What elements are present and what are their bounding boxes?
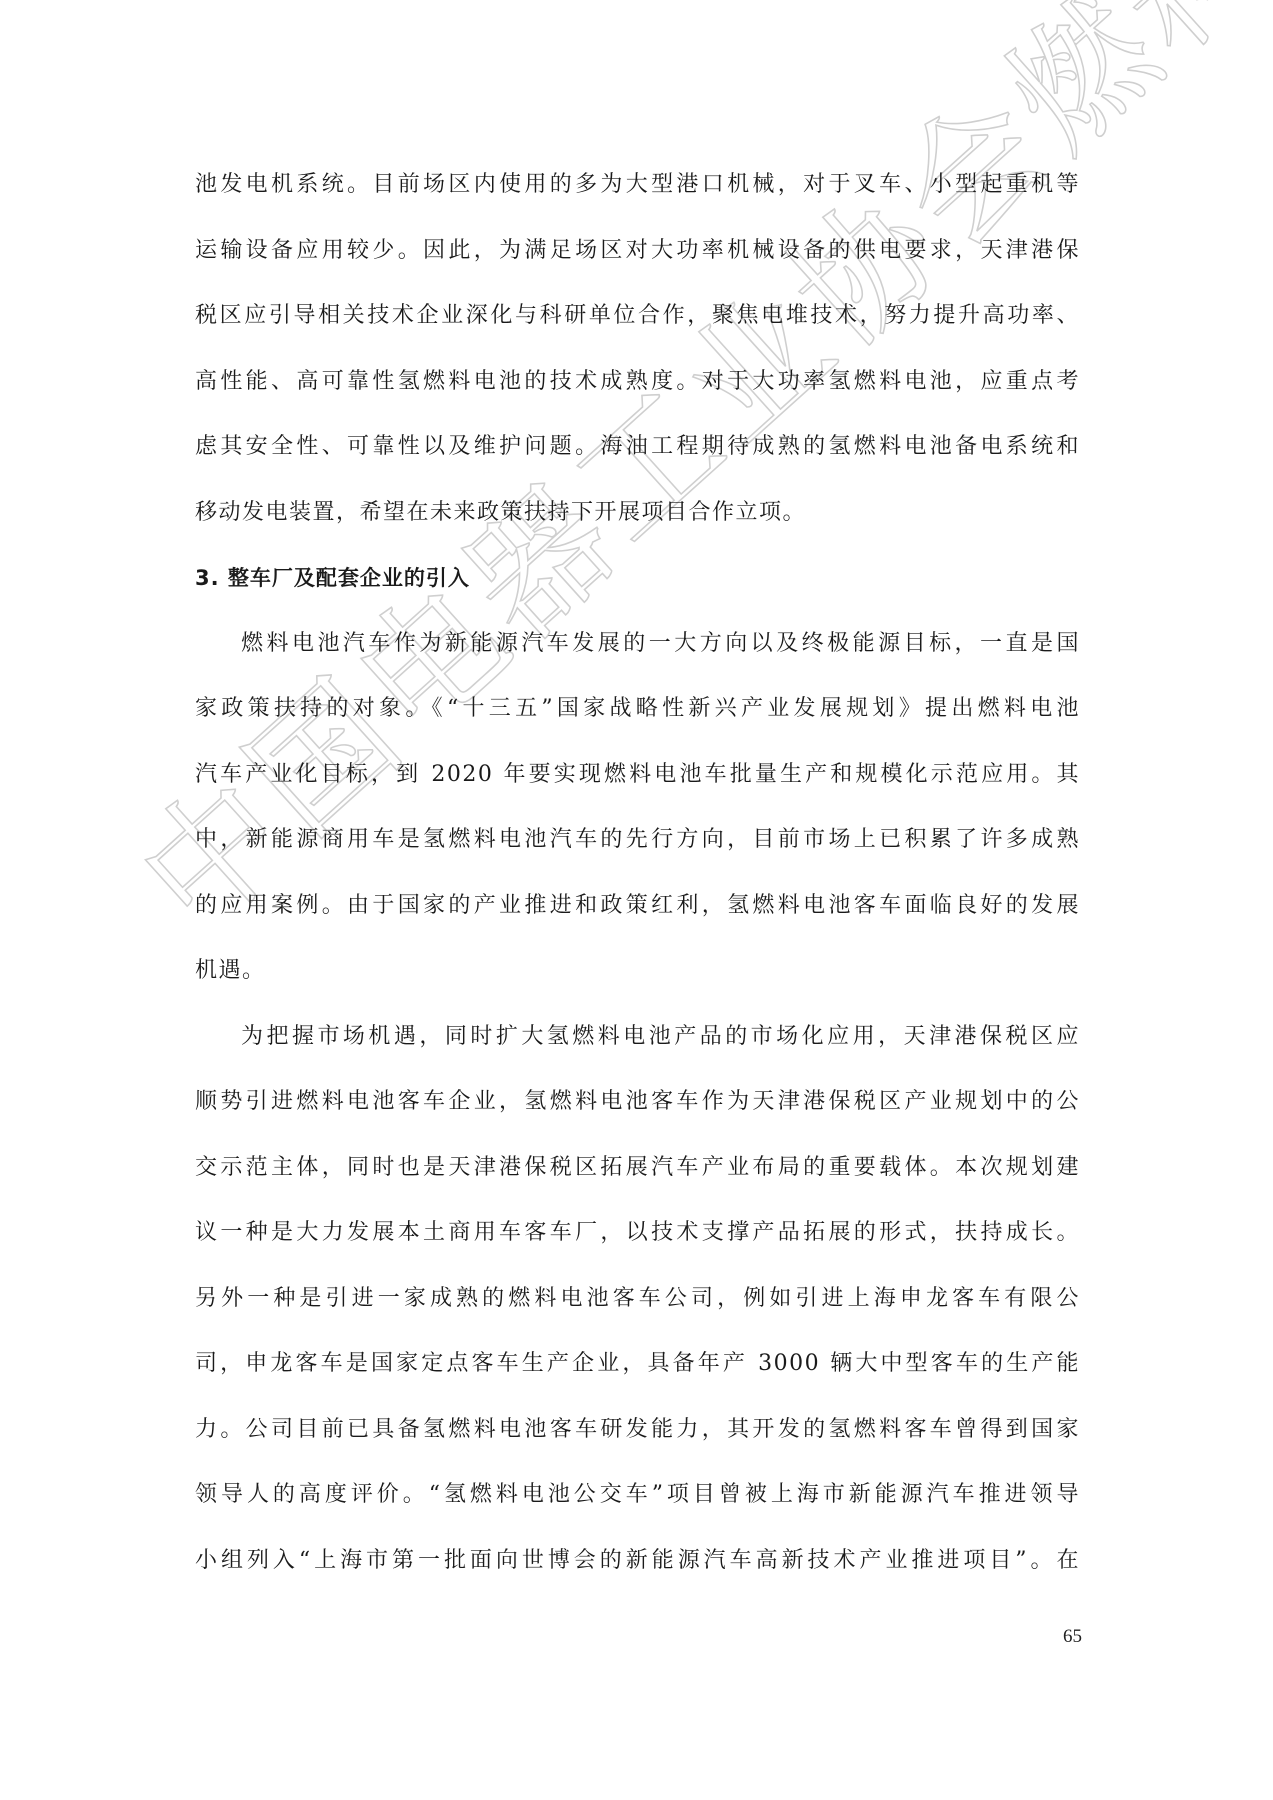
section-heading: 3. 整车厂及配套企业的引入 xyxy=(195,558,1080,624)
text-line: 燃料电池汽车作为新能源汽车发展的一大方向以及终极能源目标，一直是国 xyxy=(195,624,1080,690)
text-line: 家政策扶持的对象。《“十三五”国家战略性新兴产业发展规划》提出燃料电池 xyxy=(195,689,1080,755)
text-line: 池发电机系统。目前场区内使用的多为大型港口机械，对于叉车、小型起重机等 xyxy=(195,165,1080,231)
page-content: 池发电机系统。目前场区内使用的多为大型港口机械，对于叉车、小型起重机等 运输设备… xyxy=(195,165,1080,1606)
text-line: 高性能、高可靠性氢燃料电池的技术成熟度。对于大功率氢燃料电池，应重点考 xyxy=(195,362,1080,428)
text-line: 为把握市场机遇，同时扩大氢燃料电池产品的市场化应用，天津港保税区应 xyxy=(195,1017,1080,1083)
text-line: 交示范主体，同时也是天津港保税区拓展汽车产业布局的重要载体。本次规划建 xyxy=(195,1148,1080,1214)
text-line: 力。公司目前已具备氢燃料电池客车研发能力，其开发的氢燃料客车曾得到国家 xyxy=(195,1410,1080,1476)
text-line: 中，新能源商用车是氢燃料电池汽车的先行方向，目前市场上已积累了许多成熟 xyxy=(195,820,1080,886)
page-number: 65 xyxy=(1063,1626,1082,1648)
text-line: 议一种是大力发展本土商用车客车厂，以技术支撑产品拓展的形式，扶持成长。 xyxy=(195,1213,1080,1279)
text-line: 运输设备应用较少。因此，为满足场区对大功率机械设备的供电要求，天津港保 xyxy=(195,231,1080,297)
text-line: 另外一种是引进一家成熟的燃料电池客车公司，例如引进上海申龙客车有限公 xyxy=(195,1279,1080,1345)
text-line: 小组列入“上海市第一批面向世博会的新能源汽车高新技术产业推进项目”。在 xyxy=(195,1541,1080,1607)
text-line: 汽车产业化目标，到 2020 年要实现燃料电池车批量生产和规模化示范应用。其 xyxy=(195,755,1080,821)
paragraph-2: 燃料电池汽车作为新能源汽车发展的一大方向以及终极能源目标，一直是国 家政策扶持的… xyxy=(195,624,1080,1017)
text-line: 机遇。 xyxy=(195,951,1080,1017)
text-line: 顺势引进燃料电池客车企业，氢燃料电池客车作为天津港保税区产业规划中的公 xyxy=(195,1082,1080,1148)
paragraph-1: 池发电机系统。目前场区内使用的多为大型港口机械，对于叉车、小型起重机等 运输设备… xyxy=(195,165,1080,558)
text-line: 虑其安全性、可靠性以及维护问题。海油工程期待成熟的氢燃料电池备电系统和 xyxy=(195,427,1080,493)
text-line: 移动发电装置，希望在未来政策扶持下开展项目合作立项。 xyxy=(195,493,1080,559)
document-page: 中国电器工业协会燃料电池分会 池发电机系统。目前场区内使用的多为大型港口机械，对… xyxy=(0,0,1273,1800)
paragraph-3: 为把握市场机遇，同时扩大氢燃料电池产品的市场化应用，天津港保税区应 顺势引进燃料… xyxy=(195,1017,1080,1607)
text-line: 税区应引导相关技术企业深化与科研单位合作，聚焦电堆技术，努力提升高功率、 xyxy=(195,296,1080,362)
text-line: 司，申龙客车是国家定点客车生产企业，具备年产 3000 辆大中型客车的生产能 xyxy=(195,1344,1080,1410)
text-line: 的应用案例。由于国家的产业推进和政策红利，氢燃料电池客车面临良好的发展 xyxy=(195,886,1080,952)
text-line: 领导人的高度评价。“氢燃料电池公交车”项目曾被上海市新能源汽车推进领导 xyxy=(195,1475,1080,1541)
